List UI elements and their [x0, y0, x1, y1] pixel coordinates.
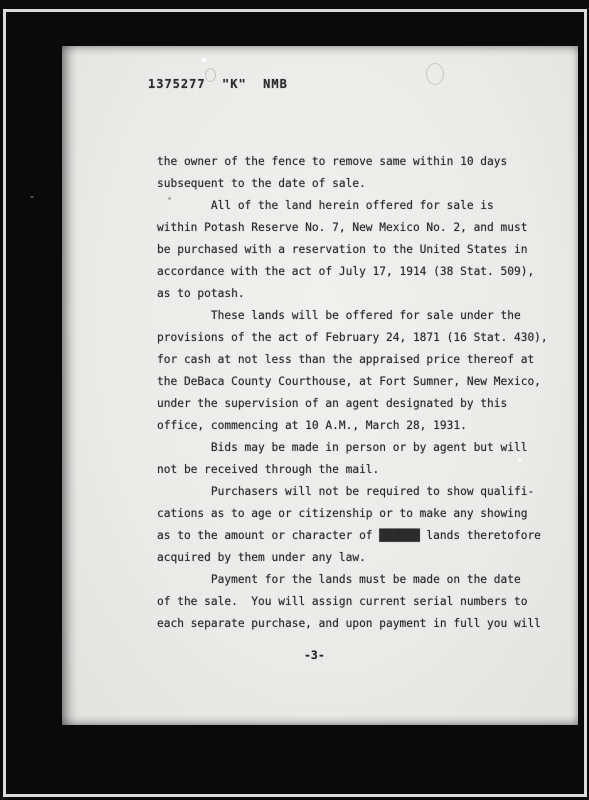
text-line: as to potash.	[157, 283, 557, 305]
scan-artifact-speck	[30, 196, 34, 198]
text-line: not be received through the mail.	[157, 459, 557, 481]
text-line: each separate purchase, and upon payment…	[157, 613, 557, 635]
text-line: provisions of the act of February 24, 18…	[157, 327, 557, 349]
text-line: be purchased with a reservation to the U…	[157, 239, 557, 261]
text-line: as to the amount or character of ██████ …	[157, 525, 557, 547]
serial-number-header: 1375277 "K" NMB	[148, 77, 288, 91]
text-line: under the supervision of an agent design…	[157, 393, 557, 415]
text-line: These lands will be offered for sale und…	[157, 305, 557, 327]
text-line: Purchasers will not be required to show …	[157, 481, 557, 503]
text-line: acquired by them under any law.	[157, 547, 557, 569]
text-line: subsequent to the date of sale.	[157, 173, 557, 195]
text-line: cations as to age or citizenship or to m…	[157, 503, 557, 525]
text-line: the owner of the fence to remove same wi…	[157, 151, 557, 173]
page-number: -3-	[304, 648, 325, 662]
document-page: 1375277 "K" NMB the owner of the fence t…	[62, 46, 578, 725]
text-line: of the sale. You will assign current ser…	[157, 591, 557, 613]
text-line: for cash at not less than the appraised …	[157, 349, 557, 371]
text-line: the DeBaca County Courthouse, at Fort Su…	[157, 371, 557, 393]
scan-artifact-ring	[426, 63, 444, 85]
scan-artifact-speck	[202, 58, 206, 62]
text-line: Payment for the lands must be made on th…	[157, 569, 557, 591]
text-line: Bids may be made in person or by agent b…	[157, 437, 557, 459]
text-line: All of the land herein offered for sale …	[157, 195, 557, 217]
text-line: within Potash Reserve No. 7, New Mexico …	[157, 217, 557, 239]
text-line: office, commencing at 10 A.M., March 28,…	[157, 415, 557, 437]
text-line: accordance with the act of July 17, 1914…	[157, 261, 557, 283]
typewritten-body-text: the owner of the fence to remove same wi…	[157, 151, 557, 635]
scanned-document-photo: { "document": { "serial_header": "137527…	[0, 0, 589, 800]
